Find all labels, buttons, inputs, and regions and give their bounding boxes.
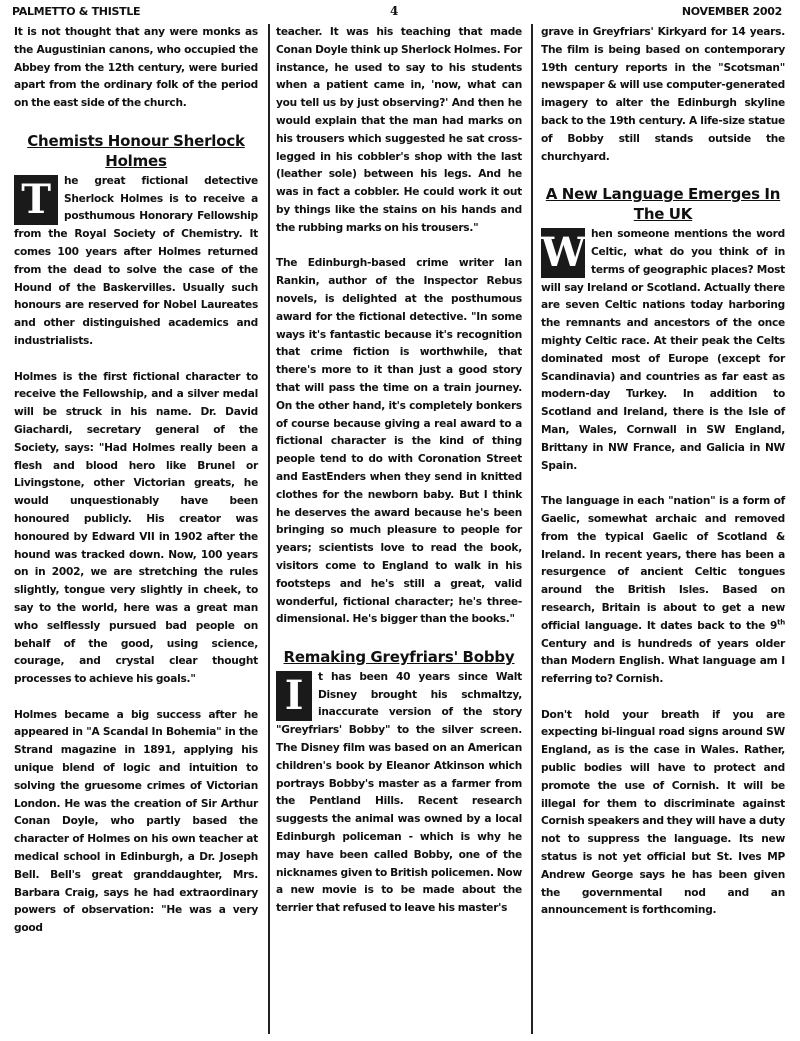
paragraph: grave in Greyfriars' Kirkyard for 14 yea… bbox=[541, 24, 785, 166]
masthead: PALMETTO & THISTLE 4 NOVEMBER 2002 bbox=[0, 0, 800, 24]
paragraph: The language in each "nation" is a form … bbox=[541, 493, 785, 689]
paragraph: Holmes became a big success after he app… bbox=[14, 707, 258, 938]
article-headline: Chemists Honour Sherlock Holmes bbox=[14, 131, 258, 171]
column-3: grave in Greyfriars' Kirkyard for 14 yea… bbox=[541, 24, 785, 920]
paragraph: The Edinburgh-based crime writer Ian Ran… bbox=[276, 255, 522, 629]
issue-date: NOVEMBER 2002 bbox=[682, 5, 782, 18]
page-number: 4 bbox=[390, 4, 398, 18]
publication-name: PALMETTO & THISTLE bbox=[12, 5, 140, 18]
column-1: It is not thought that any were monks as… bbox=[14, 24, 258, 938]
paragraph: Holmes is the first fictional character … bbox=[14, 369, 258, 689]
column-2: teacher. It was his teaching that made C… bbox=[276, 24, 522, 918]
article-headline: Remaking Greyfriars' Bobby bbox=[276, 647, 522, 667]
paragraph: Don't hold your breath if you are expect… bbox=[541, 707, 785, 921]
drop-cap: W bbox=[541, 228, 585, 278]
drop-cap: I bbox=[276, 671, 312, 721]
drop-cap: T bbox=[14, 175, 58, 225]
paragraph: It is not thought that any were monks as… bbox=[14, 24, 258, 113]
paragraph: teacher. It was his teaching that made C… bbox=[276, 24, 522, 238]
column-divider bbox=[531, 24, 533, 1034]
column-divider bbox=[268, 24, 270, 1034]
article-headline: A New Language Emerges In The UK bbox=[541, 184, 785, 224]
paragraph: t has been 40 years since Walt Disney br… bbox=[276, 669, 522, 918]
